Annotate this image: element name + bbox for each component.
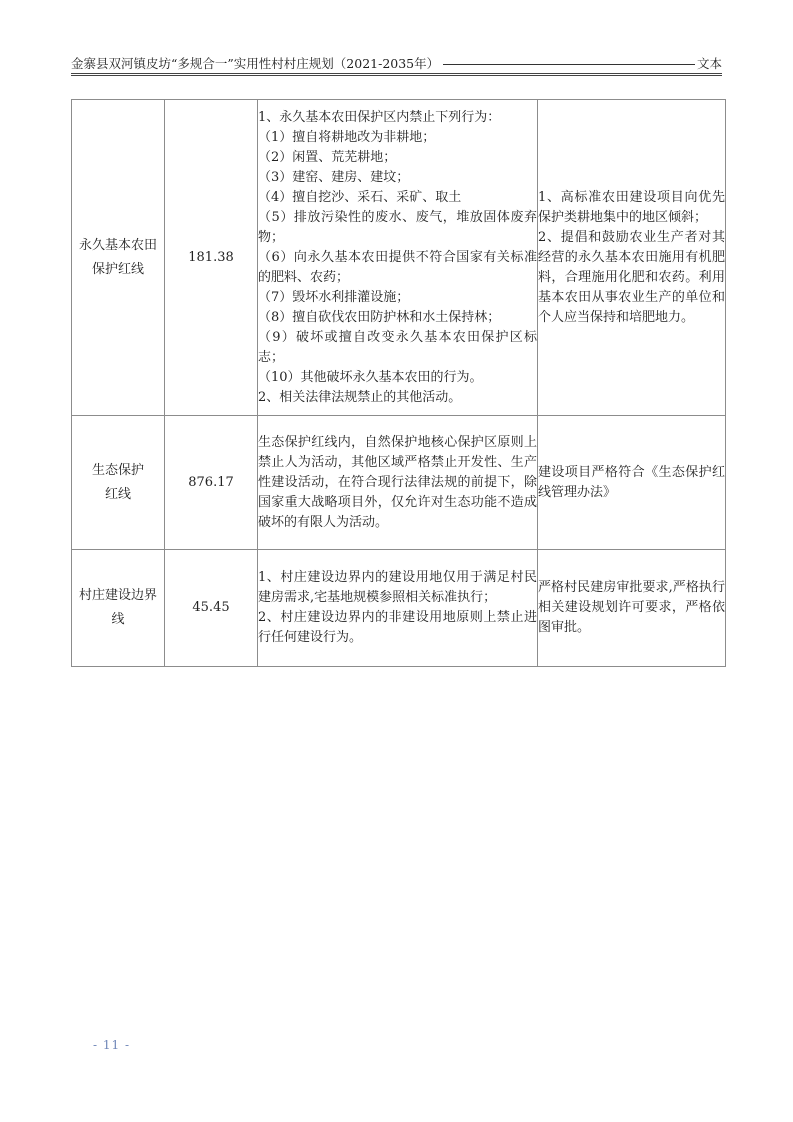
rule-item: 2、村庄建设边界内的非建设用地原则上禁止进行任何建设行为。	[258, 608, 537, 648]
area-cell: 876.17	[165, 416, 258, 550]
rule-item: （9）破坏或擅自改变永久基本农田保护区标志；	[258, 328, 537, 368]
section-label: 文本	[697, 56, 722, 72]
measure-item: 2、提倡和鼓励农业生产者对其经营的永久基本农田施用有机肥料，合理施用化肥和农药。…	[538, 228, 725, 328]
rule-item: 1、永久基本农田保护区内禁止下列行为：	[258, 108, 537, 128]
rule-item: 生态保护红线内，自然保护地核心保护区原则上禁止人为活动，其他区域严格禁止开发性、…	[258, 433, 537, 533]
measure-item: 建设项目严格符合《生态保护红线管理办法》	[538, 463, 725, 503]
measure-item: 严格村民建房审批要求,严格执行相关建设规划许可要求，严格依图审批。	[538, 578, 725, 638]
header-rule	[443, 64, 695, 65]
area-cell: 181.38	[165, 100, 258, 416]
running-header: 金寨县双河镇皮坊“多规合一”实用性村村庄规划（2021-2035年） 文本	[71, 56, 722, 76]
area-cell: 45.45	[165, 550, 258, 667]
rules-cell: 生态保护红线内，自然保护地核心保护区原则上禁止人为活动，其他区域严格禁止开发性、…	[258, 416, 538, 550]
measure-item: 1、高标准农田建设项目向优先保护类耕地集中的地区倾斜；	[538, 188, 725, 228]
line-name-cell: 生态保护红线	[72, 416, 165, 550]
rule-item: （6）向永久基本农田提供不符合国家有关标准的肥料、农药；	[258, 248, 537, 288]
rule-item: （4）擅自挖沙、采石、采矿、取土	[258, 188, 537, 208]
rule-item: （10）其他破坏永久基本农田的行为。	[258, 368, 537, 388]
document-title: 金寨县双河镇皮坊“多规合一”实用性村村庄规划（2021-2035年）	[71, 56, 439, 72]
line-name-cell: 村庄建设边界线	[72, 550, 165, 667]
table-row: 永久基本农田保护红线 181.38 1、永久基本农田保护区内禁止下列行为： （1…	[72, 100, 726, 416]
rule-item: （7）毁坏水利排灌设施；	[258, 288, 537, 308]
table-row: 村庄建设边界线 45.45 1、村庄建设边界内的建设用地仅用于满足村民建房需求,…	[72, 550, 726, 667]
table-row: 生态保护红线 876.17 生态保护红线内，自然保护地核心保护区原则上禁止人为活…	[72, 416, 726, 550]
rules-cell: 1、村庄建设边界内的建设用地仅用于满足村民建房需求,宅基地规模参照相关标准执行；…	[258, 550, 538, 667]
rule-item: 1、村庄建设边界内的建设用地仅用于满足村民建房需求,宅基地规模参照相关标准执行；	[258, 568, 537, 608]
page-number: - 11 -	[93, 1038, 130, 1052]
line-name: 永久基本农田保护红线	[79, 234, 157, 282]
line-name: 生态保护红线	[89, 459, 147, 507]
rule-item: （8）擅自砍伐农田防护林和水土保持林；	[258, 308, 537, 328]
rule-item: （1）擅自将耕地改为非耕地；	[258, 128, 537, 148]
rule-item: 2、相关法律法规禁止的其他活动。	[258, 388, 537, 408]
line-name: 村庄建设边界线	[79, 584, 157, 632]
rule-item: （5）排放污染性的废水、废气，堆放固体废弃物；	[258, 208, 537, 248]
measures-cell: 建设项目严格符合《生态保护红线管理办法》	[538, 416, 726, 550]
measures-cell: 1、高标准农田建设项目向优先保护类耕地集中的地区倾斜； 2、提倡和鼓励农业生产者…	[538, 100, 726, 416]
measures-cell: 严格村民建房审批要求,严格执行相关建设规划许可要求，严格依图审批。	[538, 550, 726, 667]
rule-item: （3）建窑、建房、建坟；	[258, 168, 537, 188]
rules-cell: 1、永久基本农田保护区内禁止下列行为： （1）擅自将耕地改为非耕地； （2）闲置…	[258, 100, 538, 416]
control-lines-table: 永久基本农田保护红线 181.38 1、永久基本农田保护区内禁止下列行为： （1…	[71, 99, 726, 667]
line-name-cell: 永久基本农田保护红线	[72, 100, 165, 416]
rule-item: （2）闲置、荒芜耕地；	[258, 148, 537, 168]
